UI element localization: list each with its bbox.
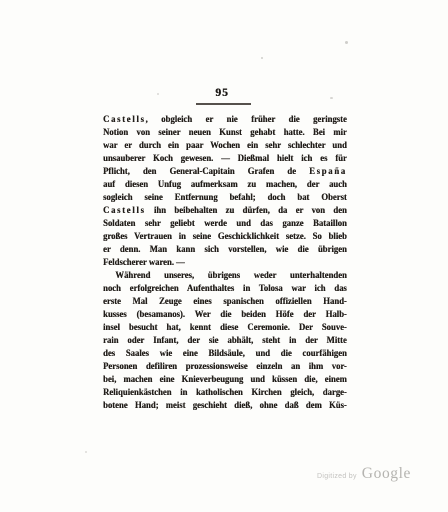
text-line: Soldaten sehr geliebt werde und das ganz… — [103, 217, 347, 230]
line-text: Pflicht, den General-Capitain Grafen de — [103, 166, 309, 176]
text-line: großes Vertrauen in seine Geschicklichke… — [103, 230, 347, 243]
text-line: bei, machen eine Knieverbeugung und küss… — [103, 373, 347, 386]
text-line: kusses (besamanos). Wer die beiden Höfe … — [103, 308, 347, 321]
line-text: ihn beibehalten zu dürfen, da er von den — [146, 205, 347, 215]
digitized-by-label: Digitized by — [317, 473, 357, 480]
scan-speck — [261, 57, 263, 59]
text-line: Personen defiliren prozessionsweise einz… — [103, 360, 347, 373]
text-line-paragraph-start: Während unseres, übrigens weder unterhal… — [103, 269, 347, 282]
text-line: Pflicht, den General-Capitain Grafen de … — [103, 165, 347, 178]
scan-speck — [85, 451, 87, 453]
text-line: insel besucht hat, kennt diese Ceremonie… — [103, 321, 347, 334]
text-line: Castells ihn beibehalten zu dürfen, da e… — [103, 204, 347, 217]
text-line: rain oder Infant, der sie abhält, steht … — [103, 334, 347, 347]
text-line: botene Hand; meist geschieht dieß, ohne … — [103, 399, 347, 412]
text-line: des Saales wie eine Bildsäule, und die c… — [103, 347, 347, 360]
google-watermark: Digitized by Google — [317, 465, 411, 483]
text-line: auf diesen Unfug aufmerksam zu machen, d… — [103, 178, 347, 191]
text-line: er denn. Man kann sich vorstellen, wie d… — [103, 243, 347, 256]
scan-speck — [157, 93, 159, 95]
text-line: Castells, obgleich er nie früher die ger… — [103, 113, 347, 126]
scanned-book-page: 95 Castells, obgleich er nie früher die … — [0, 0, 448, 512]
scan-speck — [330, 97, 333, 99]
body-text: Castells, obgleich er nie früher die ger… — [103, 113, 347, 412]
text-line: Notion von seiner neuen Kunst gehabt hat… — [103, 126, 347, 139]
scan-speck — [345, 41, 348, 44]
text-line: noch erfolgreichen Aufenthaltes in Tolos… — [103, 282, 347, 295]
text-line: sogleich seine Entfernung befahl; doch b… — [103, 191, 347, 204]
line-text: , obgleich er nie früher die geringste — [146, 114, 347, 124]
text-line: erste Mal Zeuge eines spanischen offizie… — [103, 295, 347, 308]
emphasized-word: Castells — [103, 205, 146, 215]
text-line-paragraph-end: Feldscherer waren. — — [103, 256, 347, 269]
text-line: war er durch ein paar Wochen ein sehr sc… — [103, 139, 347, 152]
text-line: unsauberer Koch gewesen. — Dießmal hielt… — [103, 152, 347, 165]
emphasized-word: Castells — [103, 114, 146, 124]
page-number-rule — [196, 103, 251, 105]
page-number: 95 — [102, 87, 342, 99]
text-line: Reliquienkästchen in katholischen Kirche… — [103, 386, 347, 399]
emphasized-word: España — [309, 166, 347, 176]
google-logo: Google — [362, 465, 411, 483]
